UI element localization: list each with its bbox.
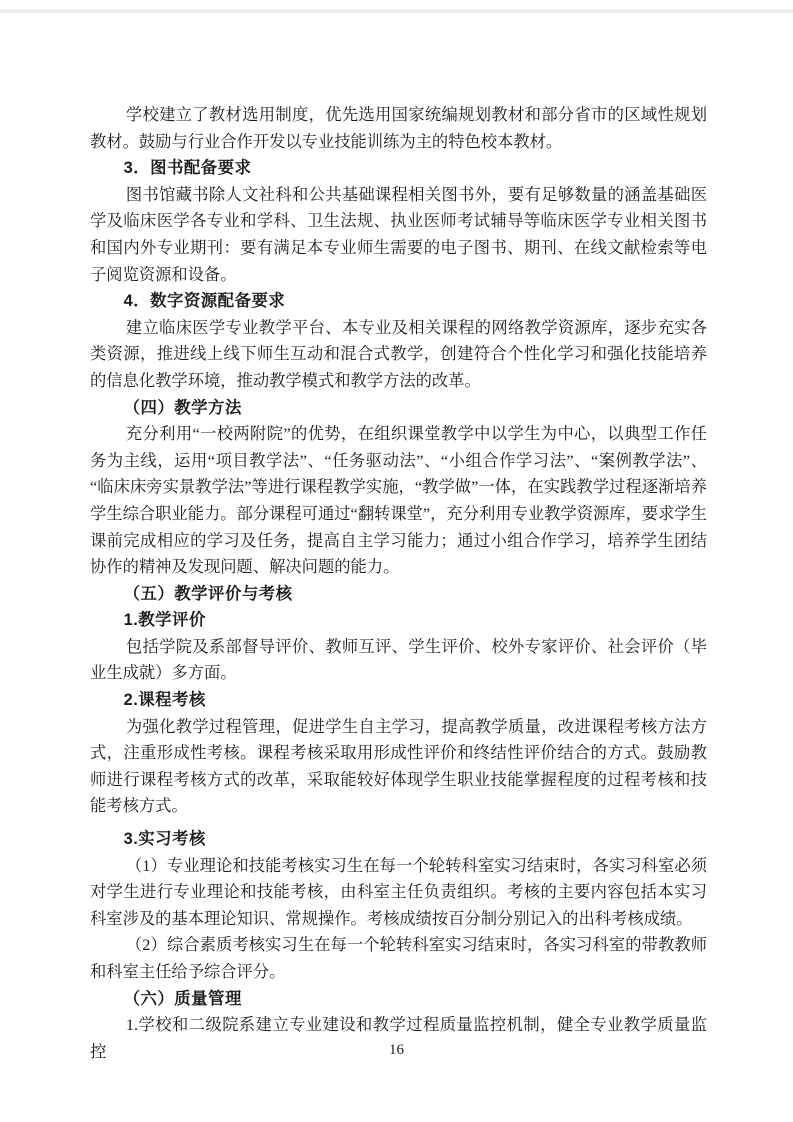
heading-book-provision: 3．图书配备要求 (90, 155, 707, 182)
heading-quality-management: （六）质量管理 (90, 986, 707, 1013)
paragraph-textbook-selection: 学校建立了教材选用制度，优先选用国家统编规划教材和部分省市的区域性规划教材。鼓励… (90, 102, 707, 155)
heading-course-assessment: 2.课程考核 (90, 687, 707, 714)
paragraph-digital-platform: 建立临床医学专业教学平台、本专业及相关课程的网络教学资源库，逐步充实各类资源，推… (90, 315, 707, 395)
paragraph-teaching-methods: 充分利用“一校两附院”的优势，在组织课堂教学中以学生为中心，以典型工作任务为主线… (90, 421, 707, 581)
heading-internship-assessment: 3.实习考核 (90, 826, 707, 853)
paragraph-teaching-evaluation: 包括学院及系部督导评价、教师互评、学生评价、校外专家评价、社会评价（毕业生成就）… (90, 634, 707, 687)
paragraph-course-assessment: 为强化教学过程管理，促进学生自主学习，提高教学质量，改进课程考核方法方式，注重形… (90, 714, 707, 820)
heading-teaching-methods: （四）教学方法 (90, 395, 707, 422)
document-page: 学校建立了教材选用制度，优先选用国家统编规划教材和部分省市的区域性规划教材。鼓励… (0, 0, 793, 1122)
heading-evaluation-assessment: （五）教学评价与考核 (90, 581, 707, 608)
paragraph-library-collection: 图书馆藏书除人文社科和公共基础课程相关图书外，要有足够数量的涵盖基础医学及临床医… (90, 182, 707, 288)
heading-teaching-evaluation: 1.教学评价 (90, 607, 707, 634)
paragraph-internship-assessment-2: （2）综合素质考核实习生在每一个轮转科室实习结束时，各实习科室的带教教师和科室主… (90, 932, 707, 985)
heading-digital-resources: 4．数字资源配备要求 (90, 288, 707, 315)
paragraph-internship-assessment-1: （1）专业理论和技能考核实习生在每一个轮转科室实习结束时，各实习科室必须对学生进… (90, 853, 707, 933)
page-number: 16 (0, 1040, 793, 1060)
scan-artifact-band (0, 9, 793, 13)
